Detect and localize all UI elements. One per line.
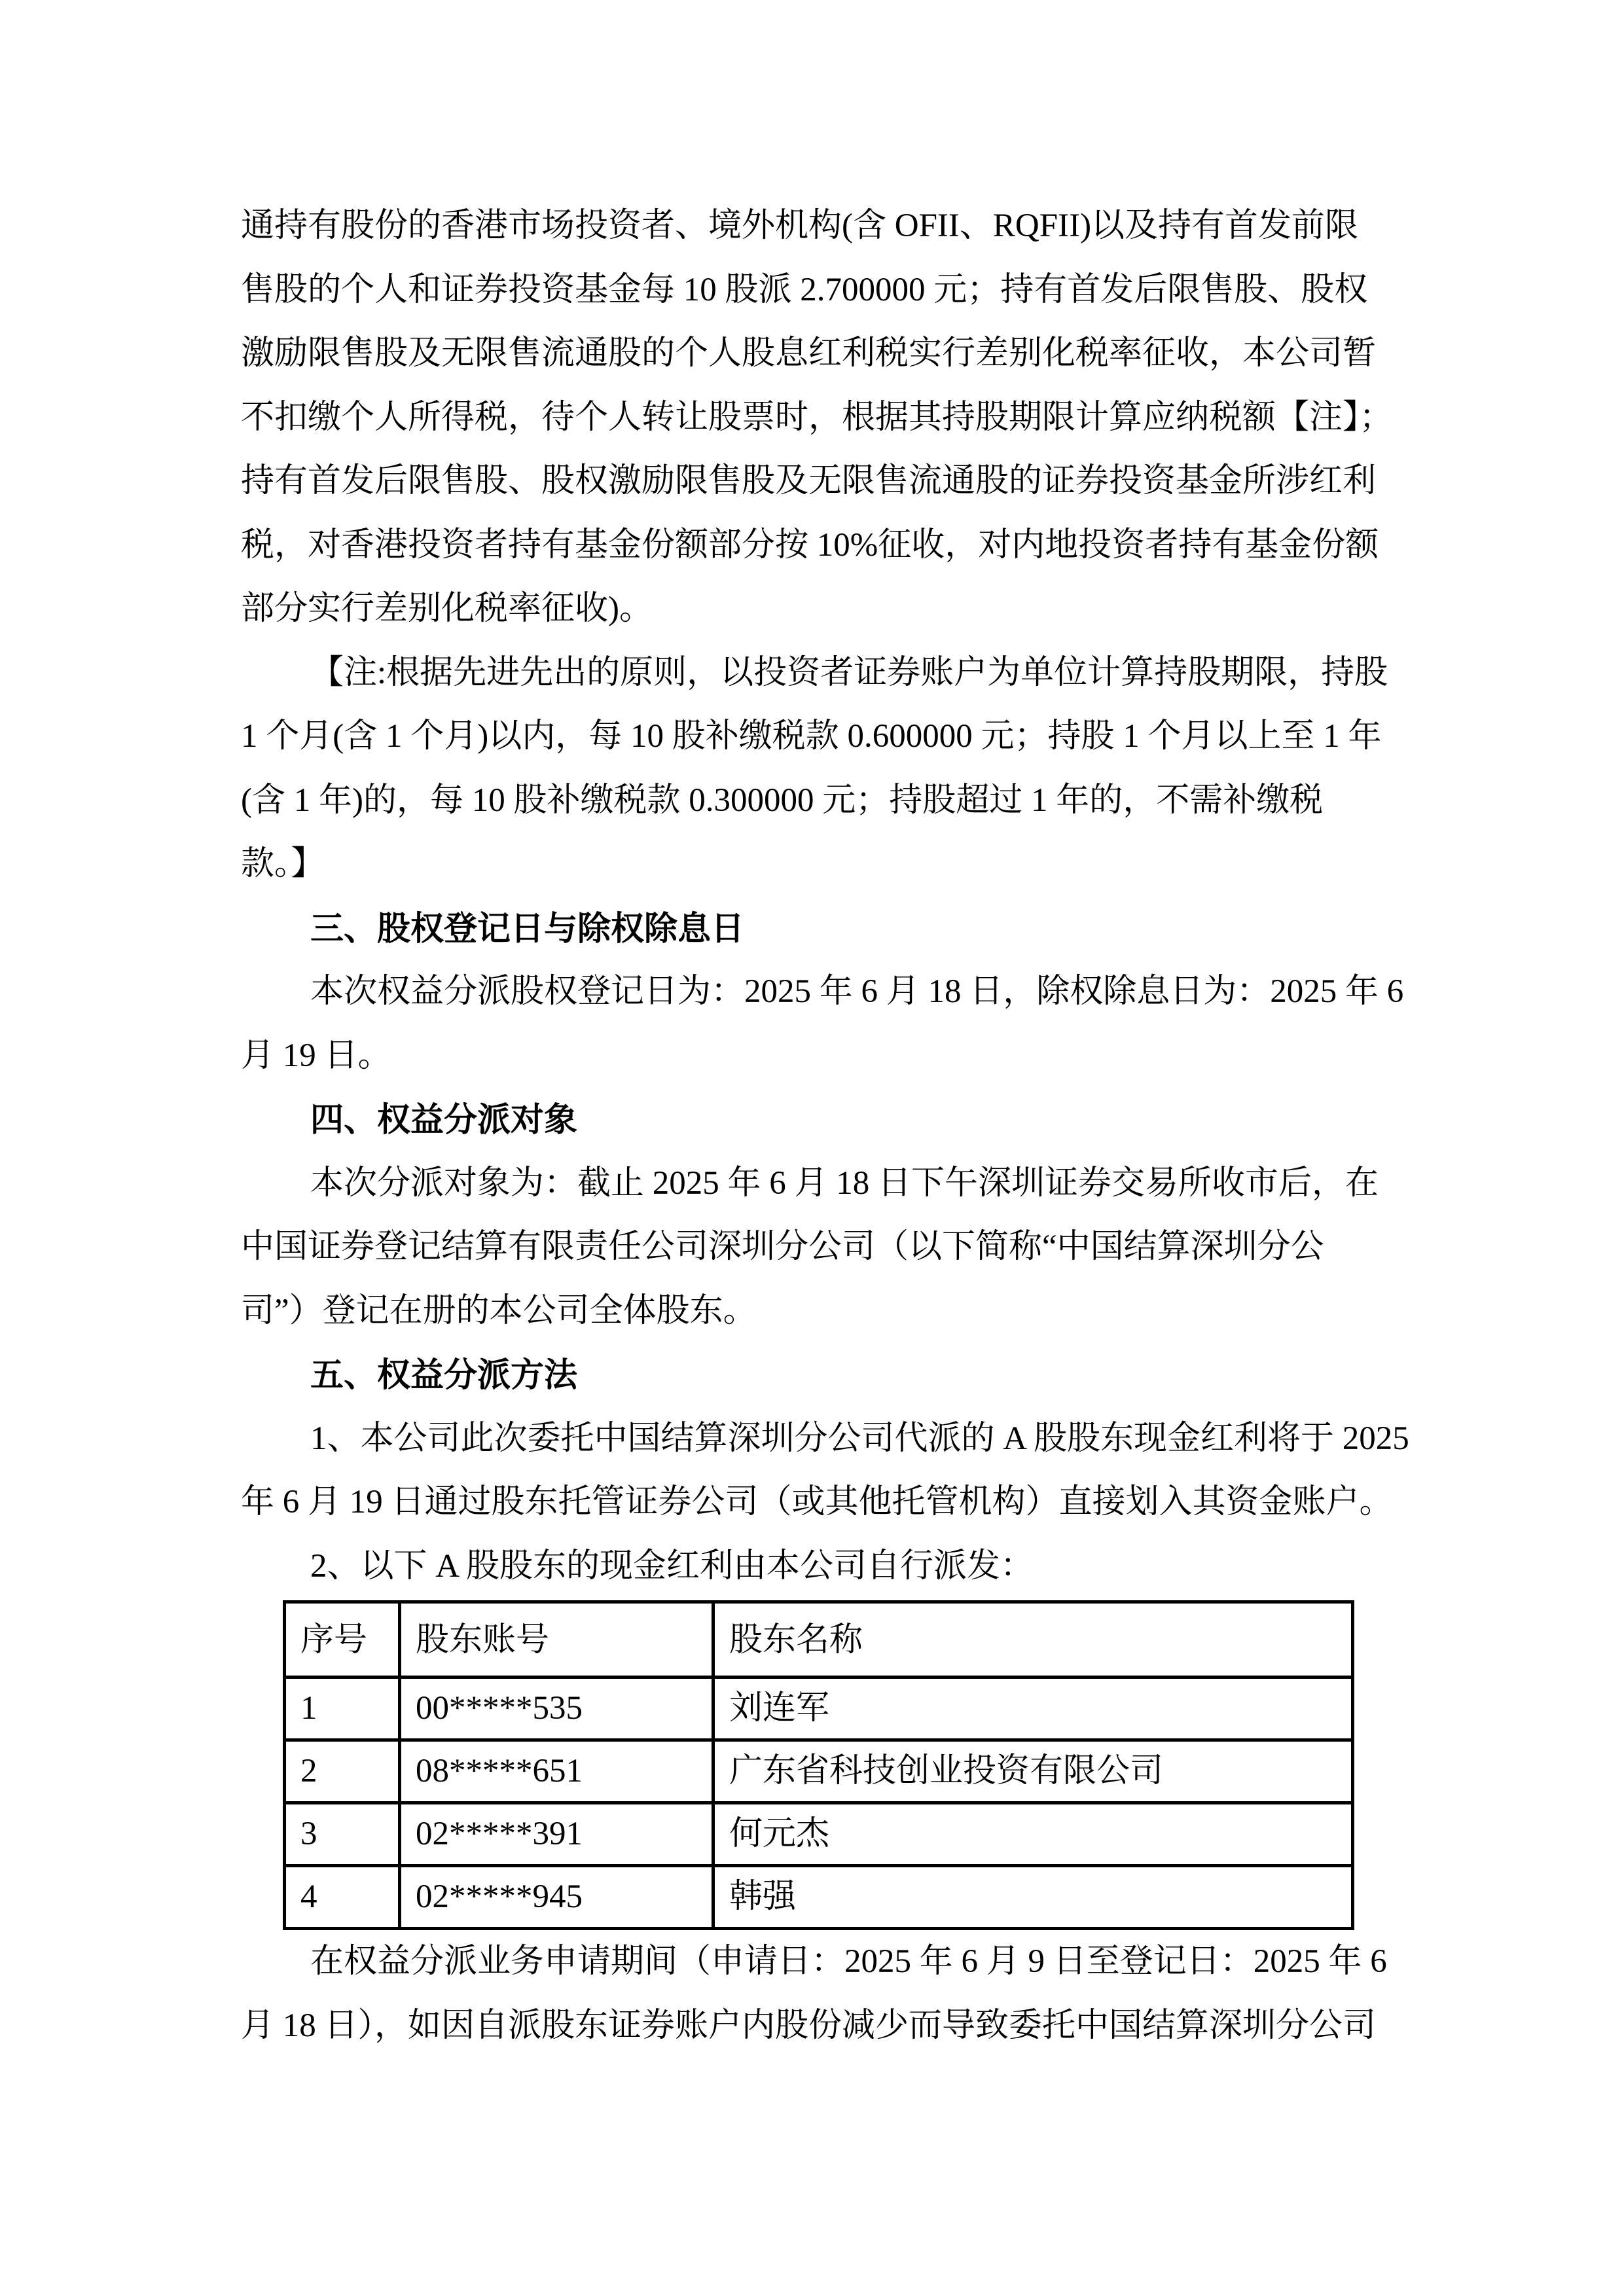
cell-name: 何元杰 [713, 1803, 1353, 1866]
text-line: 激励限售股及无限售流通股的个人股息红利税实行差别化税率征收，本公司暂 [241, 322, 1381, 386]
cell-name: 韩强 [713, 1866, 1353, 1929]
text-line: 税，对香港投资者持有基金份额部分按 10%征收，对内地投资者持有基金份额 [241, 514, 1381, 578]
text-line: 本次分派对象为：截止 2025 年 6 月 18 日下午深圳证券交易所收市后，在 [241, 1152, 1381, 1216]
text-line: 通持有股份的香港市场投资者、境外机构(含 OFII、RQFII)以及持有首发前限 [241, 194, 1381, 259]
text-line: 1、本公司此次委托中国结算深圳分公司代派的 A 股股东现金红利将于 2025 [241, 1407, 1381, 1471]
text-line: (含 1 年)的，每 10 股补缴税款 0.300000 元；持股超过 1 年的… [241, 769, 1381, 833]
cell-account: 00*****535 [400, 1677, 713, 1740]
text-line: 司”）登记在册的本公司全体股东。 [241, 1280, 1381, 1344]
section-heading-record-date: 三、股权登记日与除权除息日 [241, 897, 1381, 961]
text-line: 2、以下 A 股股东的现金红利由本公司自行派发： [241, 1535, 1381, 1599]
announcement-page: 通持有股份的香港市场投资者、境外机构(含 OFII、RQFII)以及持有首发前限… [0, 0, 1624, 2296]
section-heading-distribution-target: 四、权益分派对象 [241, 1088, 1381, 1152]
cell-name: 刘连军 [713, 1677, 1353, 1740]
text-line: 中国证券登记结算有限责任公司深圳分公司（以下简称“中国结算深圳分公 [241, 1215, 1381, 1280]
table-header-name: 股东名称 [713, 1602, 1353, 1677]
cell-account: 02*****945 [400, 1866, 713, 1929]
text-line: 持有首发后限售股、股权激励限售股及无限售流通股的证券投资基金所涉红利 [241, 450, 1381, 514]
paragraph-record-date: 本次权益分派股权登记日为：2025 年 6 月 18 日，除权除息日为：2025… [241, 960, 1381, 1088]
text-line: 年 6 月 19 日通过股东托管证券公司（或其他托管机构）直接划入其资金账户。 [241, 1471, 1381, 1535]
table-header-seq: 序号 [285, 1602, 400, 1677]
table-header-account: 股东账号 [400, 1602, 713, 1677]
table-row: 1 00*****535 刘连军 [285, 1677, 1353, 1740]
paragraph-note: 【注:根据先进先出的原则，以投资者证券账户为单位计算持股期限，持股 1 个月(含… [241, 641, 1381, 897]
cell-seq: 3 [285, 1803, 400, 1866]
text-line: 本次权益分派股权登记日为：2025 年 6 月 18 日，除权除息日为：2025… [241, 960, 1381, 1024]
text-line: 月 19 日。 [241, 1024, 1381, 1088]
table-row: 2 08*****651 广东省科技创业投资有限公司 [285, 1740, 1353, 1803]
text-line: 售股的个人和证券投资基金每 10 股派 2.700000 元；持有首发后限售股、… [241, 259, 1381, 323]
paragraph-application-period: 在权益分派业务申请期间（申请日：2025 年 6 月 9 日至登记日：2025 … [241, 1930, 1381, 2058]
section-heading-distribution-method: 五、权益分派方法 [241, 1343, 1381, 1407]
table-row: 4 02*****945 韩强 [285, 1866, 1353, 1929]
document-body: 通持有股份的香港市场投资者、境外机构(含 OFII、RQFII)以及持有首发前限… [241, 194, 1381, 2058]
cell-seq: 4 [285, 1866, 400, 1929]
table-row: 3 02*****391 何元杰 [285, 1803, 1353, 1866]
cell-seq: 2 [285, 1740, 400, 1803]
text-line: 1 个月(含 1 个月)以内，每 10 股补缴税款 0.600000 元；持股 … [241, 705, 1381, 769]
cell-name: 广东省科技创业投资有限公司 [713, 1740, 1353, 1803]
text-line: 款。】 [241, 833, 1381, 897]
cell-account: 08*****651 [400, 1740, 713, 1803]
paragraph-method-1: 1、本公司此次委托中国结算深圳分公司代派的 A 股股东现金红利将于 2025 年… [241, 1407, 1381, 1535]
table-header-row: 序号 股东账号 股东名称 [285, 1602, 1353, 1677]
self-distribution-shareholder-table: 序号 股东账号 股东名称 1 00*****535 刘连军 2 08*****6… [283, 1600, 1354, 1930]
paragraph-distribution-target: 本次分派对象为：截止 2025 年 6 月 18 日下午深圳证券交易所收市后，在… [241, 1152, 1381, 1344]
text-line: 【注:根据先进先出的原则，以投资者证券账户为单位计算持股期限，持股 [241, 641, 1381, 706]
text-line: 不扣缴个人所得税，待个人转让股票时，根据其持股期限计算应纳税额【注】； [241, 386, 1381, 450]
cell-account: 02*****391 [400, 1803, 713, 1866]
paragraph-hk-tax: 通持有股份的香港市场投资者、境外机构(含 OFII、RQFII)以及持有首发前限… [241, 194, 1381, 641]
paragraph-method-2: 2、以下 A 股股东的现金红利由本公司自行派发： [241, 1535, 1381, 1599]
text-line: 部分实行差别化税率征收)。 [241, 577, 1381, 641]
text-line: 在权益分派业务申请期间（申请日：2025 年 6 月 9 日至登记日：2025 … [241, 1930, 1381, 1994]
cell-seq: 1 [285, 1677, 400, 1740]
text-line: 月 18 日），如因自派股东证券账户内股份减少而导致委托中国结算深圳分公司 [241, 1994, 1381, 2058]
